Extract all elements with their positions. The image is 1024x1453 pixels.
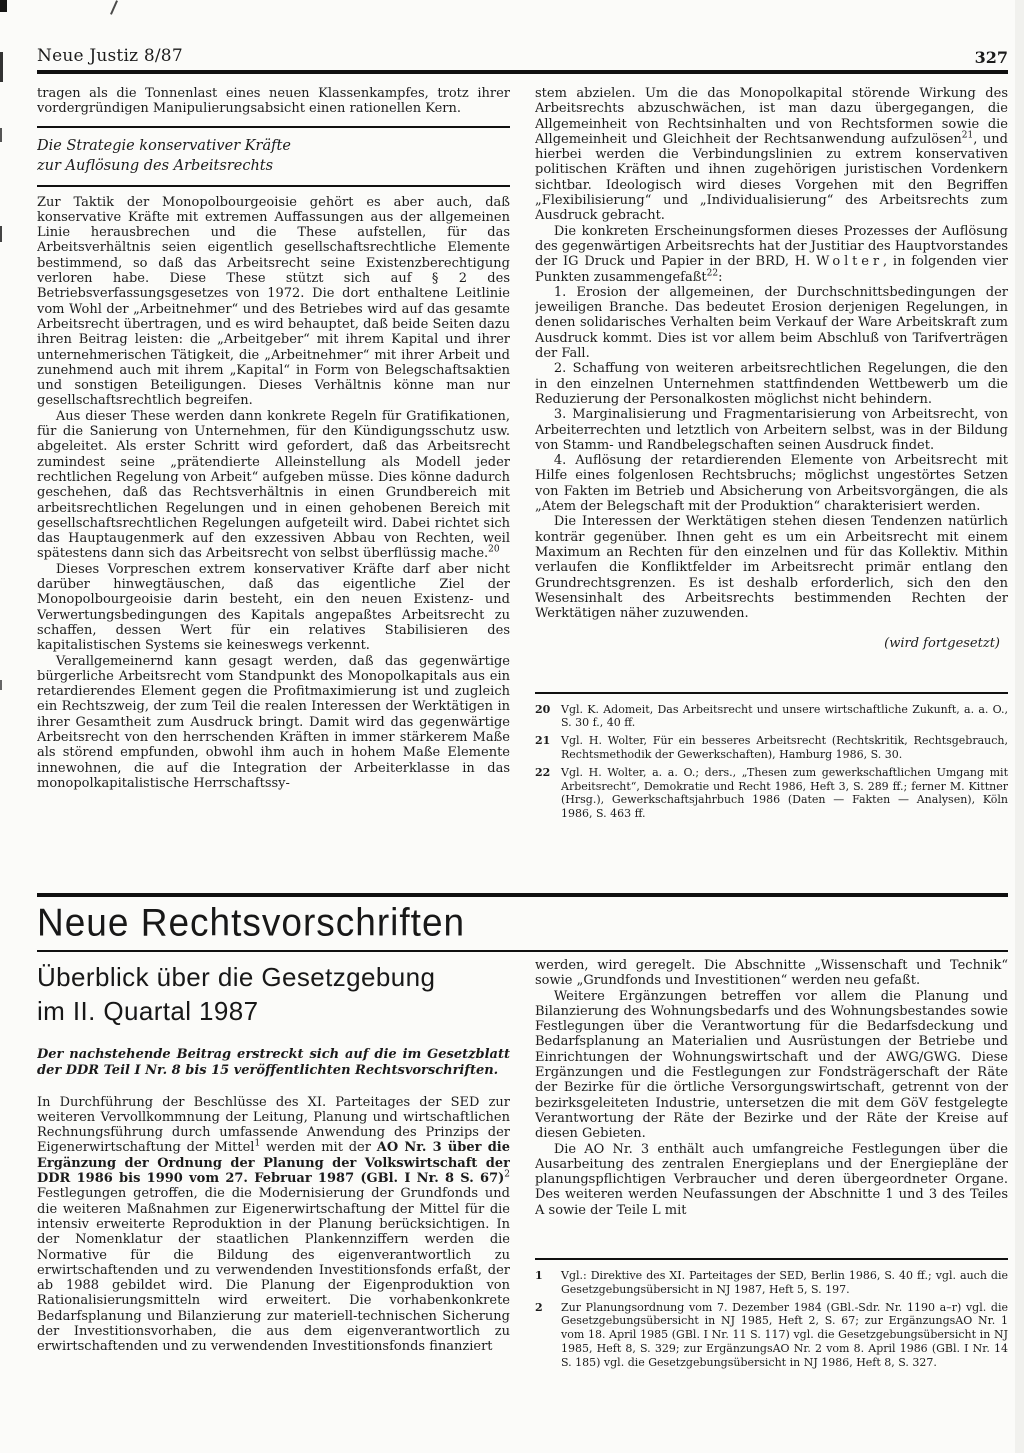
scan-artifact bbox=[0, 226, 2, 242]
paragraph: Die AO Nr. 3 enthält auch umfangreiche F… bbox=[535, 1142, 1008, 1218]
paragraph: Dieses Vorpreschen extrem konservativer … bbox=[37, 562, 510, 654]
paragraph: Zur Taktik der Monopolbourgeoisie gehört… bbox=[37, 195, 510, 409]
section-title: Neue Rechtsvorschriften bbox=[37, 899, 465, 947]
paragraph: Die konkreten Erscheinungsformen dieses … bbox=[535, 224, 1008, 285]
page-number: 327 bbox=[975, 48, 1008, 67]
subheading-line: Die Strategie konservativer Kräfte bbox=[37, 136, 510, 156]
section-rule-bottom bbox=[37, 950, 1008, 952]
footnote-rule bbox=[535, 1258, 1008, 1260]
paragraph: Aus dieser These werden dann konkrete Re… bbox=[37, 409, 510, 562]
paragraph: stem abzielen. Um die das Monopolkapital… bbox=[535, 86, 1008, 224]
paragraph: Weitere Ergänzungen betreffen vor allem … bbox=[535, 989, 1008, 1142]
paragraph: werden, wird geregelt. Die Abschnitte „W… bbox=[535, 958, 1008, 989]
scan-artifact bbox=[0, 680, 2, 690]
scan-artifact bbox=[0, 128, 2, 142]
article1-subheading: Die Strategie konservativer Kräfte zur A… bbox=[37, 136, 510, 176]
numbered-point: 4. Auflösung der retardierenden Elemente… bbox=[535, 453, 1008, 514]
footnote: 21 Vgl. H. Wolter, Für ein besseres Arbe… bbox=[535, 734, 1008, 762]
subheading-rule-bottom bbox=[37, 185, 510, 187]
journal-page: Neue Justiz 8/87 327 tragen als die Tonn… bbox=[0, 0, 1024, 1453]
footnote-text: Zur Planungsordnung vom 7. Dezember 1984… bbox=[561, 1301, 1008, 1370]
scan-artifact bbox=[110, 0, 118, 15]
footnote: 2 Zur Planungsordnung vom 7. Dezember 19… bbox=[535, 1301, 1008, 1370]
footnote-text: Vgl. H. Wolter, Für ein besseres Arbeits… bbox=[561, 734, 1008, 762]
subheading-rule-top bbox=[37, 126, 510, 128]
article2-heading: Überblick über die Gesetzgebung im II. Q… bbox=[37, 960, 510, 1028]
article1-left-column: tragen als die Tonnenlast eines neuen Kl… bbox=[37, 86, 510, 888]
paragraph: Verallgemeinernd kann gesagt werden, daß… bbox=[37, 654, 510, 792]
scan-artifact bbox=[1015, 0, 1024, 1453]
continuation-note: (wird fortgesetzt) bbox=[535, 636, 1000, 651]
footnote: 22 Vgl. H. Wolter, a. a. O.; ders., „The… bbox=[535, 766, 1008, 821]
footnote-text: Vgl.: Direktive des XI. Parteitages der … bbox=[561, 1269, 1008, 1297]
footnote-number: 22 bbox=[535, 766, 561, 821]
paragraph: tragen als die Tonnenlast eines neuen Kl… bbox=[37, 86, 510, 117]
footnote: 1 Vgl.: Direktive des XI. Parteitages de… bbox=[535, 1269, 1008, 1297]
scan-artifact bbox=[0, 0, 7, 12]
footnote: 20 Vgl. K. Adomeit, Das Arbeitsrecht und… bbox=[535, 703, 1008, 731]
article2-right-column: werden, wird geregelt. Die Abschnitte „W… bbox=[535, 958, 1008, 1438]
footnote-number: 20 bbox=[535, 703, 561, 731]
article2-lead: Der nachstehende Beitrag erstreckt sich … bbox=[37, 1047, 510, 1080]
paragraph: Die Interessen der Werktätigen stehen di… bbox=[535, 514, 1008, 621]
numbered-point: 1. Erosion der allgemeinen, der Durchsch… bbox=[535, 285, 1008, 361]
section-rule-top bbox=[37, 893, 1008, 897]
page-header: Neue Justiz 8/87 327 bbox=[37, 46, 1008, 66]
scan-artifact bbox=[0, 52, 3, 82]
footnote-text: Vgl. K. Adomeit, Das Arbeitsrecht und un… bbox=[561, 703, 1008, 731]
paragraph: In Durchführung der Beschlüsse des XI. P… bbox=[37, 1095, 510, 1355]
numbered-point: 2. Schaffung von weiteren arbeitsrechtli… bbox=[535, 361, 1008, 407]
article1-right-column: stem abzielen. Um die das Monopolkapital… bbox=[535, 86, 1008, 888]
footnote-rule bbox=[535, 692, 1008, 694]
subheading-line: zur Auflösung des Arbeitsrechts bbox=[37, 156, 510, 176]
footnote-number: 1 bbox=[535, 1269, 561, 1297]
footnote-number: 2 bbox=[535, 1301, 561, 1370]
numbered-point: 3. Marginalisierung und Fragmentarisieru… bbox=[535, 407, 1008, 453]
article2-left-column: Überblick über die Gesetzgebung im II. Q… bbox=[37, 960, 510, 1430]
footnote-number: 21 bbox=[535, 734, 561, 762]
footnote-text: Vgl. H. Wolter, a. a. O.; ders., „Thesen… bbox=[561, 766, 1008, 821]
article2-heading-line: Überblick über die Gesetzgebung bbox=[37, 960, 510, 994]
journal-title: Neue Justiz 8/87 bbox=[37, 46, 183, 66]
header-rule bbox=[37, 70, 1008, 74]
article2-heading-line: im II. Quartal 1987 bbox=[37, 994, 510, 1028]
